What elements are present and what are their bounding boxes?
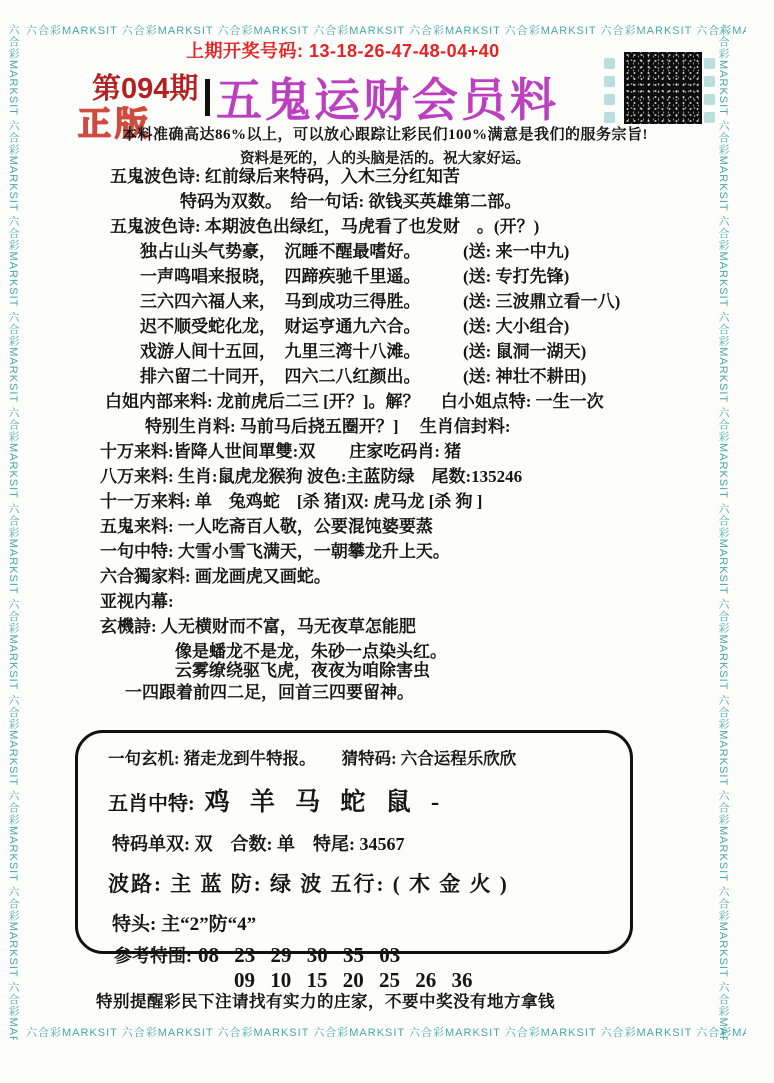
body-line: 特码为双数。 给一句话: 欲钱买英雄第二部。 xyxy=(60,193,715,211)
body-line: 排六留二十同开， 四六二八红颜出。 (送: 神壮不耕田) xyxy=(60,368,715,386)
body-line: 戏游人间十五回， 九里三湾十八滩。 (送: 鼠洞一湖天) xyxy=(60,343,715,361)
body-line: 十一万来料: 单 兔鸡蛇 [杀 猪]双: 虎马龙 [杀 狗 ] xyxy=(60,493,715,511)
body-line: 玄機詩: 人无横财而不富，马无夜草怎能肥 xyxy=(60,618,715,636)
body-line: 一四跟着前四二足，回首三四要留神。 xyxy=(60,684,715,702)
odd-even-row: 特码单双: 双 合数: 单 特尾: 34567 xyxy=(108,830,612,856)
scratched-code-block xyxy=(624,52,702,124)
body-line: 五鬼来料: 一人吃斋百人敬，公要混饨婆要蒸 xyxy=(60,518,715,536)
lottery-tip-sheet: 六合彩MARKSIT 六合彩MARKSIT 六合彩MARKSIT 六合彩MARK… xyxy=(0,0,774,1083)
mystery-hint-row: 一句玄机: 猪走龙到牛特报。猜特码: 六合运程乐欣欣 xyxy=(108,745,612,769)
body-line: 白姐内部来料: 龙前虎后二三 [开？]。解？ 白小姐点特: 一生一次 xyxy=(60,393,715,411)
body-line: 八万来料: 生肖:鼠虎龙猴狗 波色:主蓝防绿 尾数:135246 xyxy=(60,468,715,486)
border-right: 六合彩MARKSIT 六合彩MARKSIT 六合彩MARKSIT 六合彩MARK… xyxy=(715,24,731,1040)
footer-warning: 特别提醒彩民下注请找有实力的庄家，不要中奖没有地方拿钱 xyxy=(96,988,555,1012)
body-line: 云雾缭绕驱飞虎，夜夜为咱除害虫 xyxy=(60,662,715,680)
border-bottom: 六合彩MARKSIT 六合彩MARKSIT 六合彩MARKSIT 六合彩MARK… xyxy=(26,1026,746,1041)
mystery-hint: 一句玄机: 猪走龙到牛特报。 xyxy=(108,749,316,768)
body-line: 像是蟠龙不是龙，朱砂一点染头红。 xyxy=(60,643,715,661)
reference-range-row: 参考特围:08 23 29 30 35 03 xyxy=(108,942,612,968)
body-line: 一句中特: 大雪小雪飞满天，一朝攀龙升上天。 xyxy=(60,543,715,561)
body-line: 六合獨家料: 画龙画虎又画蛇。 xyxy=(60,568,715,586)
reference-range-numbers-1: 08 23 29 30 35 03 xyxy=(198,943,400,967)
five-zodiac-label: 五肖中特: xyxy=(108,793,195,815)
special-head-row: 特头: 主“2”防“4” xyxy=(108,909,612,936)
five-zodiac-value: 鸡 羊 马 蛇 鼠 - xyxy=(205,789,447,816)
accuracy-claim: 本料准确高达86%以上，可以放心跟踪让彩民们100%满意是我们的服务宗旨! xyxy=(40,123,730,144)
border-left: 六合彩MARKSIT 六合彩MARKSIT 六合彩MARKSIT 六合彩MARK… xyxy=(5,24,21,1040)
body-line: 独占山头气势豪， 沉睡不醒最嗜好。 (送: 来一中九) xyxy=(60,243,715,261)
motto-line: 资料是死的，人的头脑是活的。祝大家好运。 xyxy=(40,147,730,168)
body-line: 一声鸣唱来报晓， 四蹄疾驰千里遥。 (送: 专打先锋) xyxy=(60,268,715,286)
body-line: 特别生肖料: 马前马后挠五圈开？] 生肖信封料: xyxy=(60,418,715,436)
title-divider-bar xyxy=(205,79,210,116)
watermark-glyphs-left xyxy=(604,58,616,123)
body-line: 三六四六福人来， 马到成功三得胜。 (送: 三波鼎立看一八) xyxy=(60,293,715,311)
reference-range-label: 参考特围: xyxy=(114,946,192,966)
body-line: 五鬼波色诗: 红前绿后来特码，入木三分红知苦 xyxy=(60,168,715,186)
prediction-box: 一句玄机: 猪走龙到牛特报。猜特码: 六合运程乐欣欣 五肖中特:鸡 羊 马 蛇 … xyxy=(75,730,633,954)
watermark-glyphs-right xyxy=(704,58,716,123)
body-line: 亚视内幕: xyxy=(60,593,715,611)
page-title: 五鬼运财会员料 xyxy=(216,64,559,130)
wave-color-row: 波路: 主 蓝 防: 绿 波 五行: ( 木 金 火 ) xyxy=(108,868,612,898)
body-line: 五鬼波色诗: 本期波色出绿红，马虎看了也发财 。(开？) xyxy=(60,218,715,236)
body-line: 迟不顺受蛇化龙， 财运亨通九六合。 (送: 大小组合) xyxy=(60,318,715,336)
body-line: 十万来料:皆降人世间單雙:双 庄家吃码肖: 猪 xyxy=(60,443,715,461)
special-code-guess: 猜特码: 六合运程乐欣欣 xyxy=(342,749,517,768)
previous-draw-numbers: 上期开奖号码: 13-18-26-47-48-04+40 xyxy=(186,37,500,63)
five-zodiac-row: 五肖中特:鸡 羊 马 蛇 鼠 - xyxy=(108,782,612,818)
body-lines: 五鬼波色诗: 红前绿后来特码，入木三分红知苦特码为双数。 给一句话: 欲钱买英雄… xyxy=(60,168,715,709)
